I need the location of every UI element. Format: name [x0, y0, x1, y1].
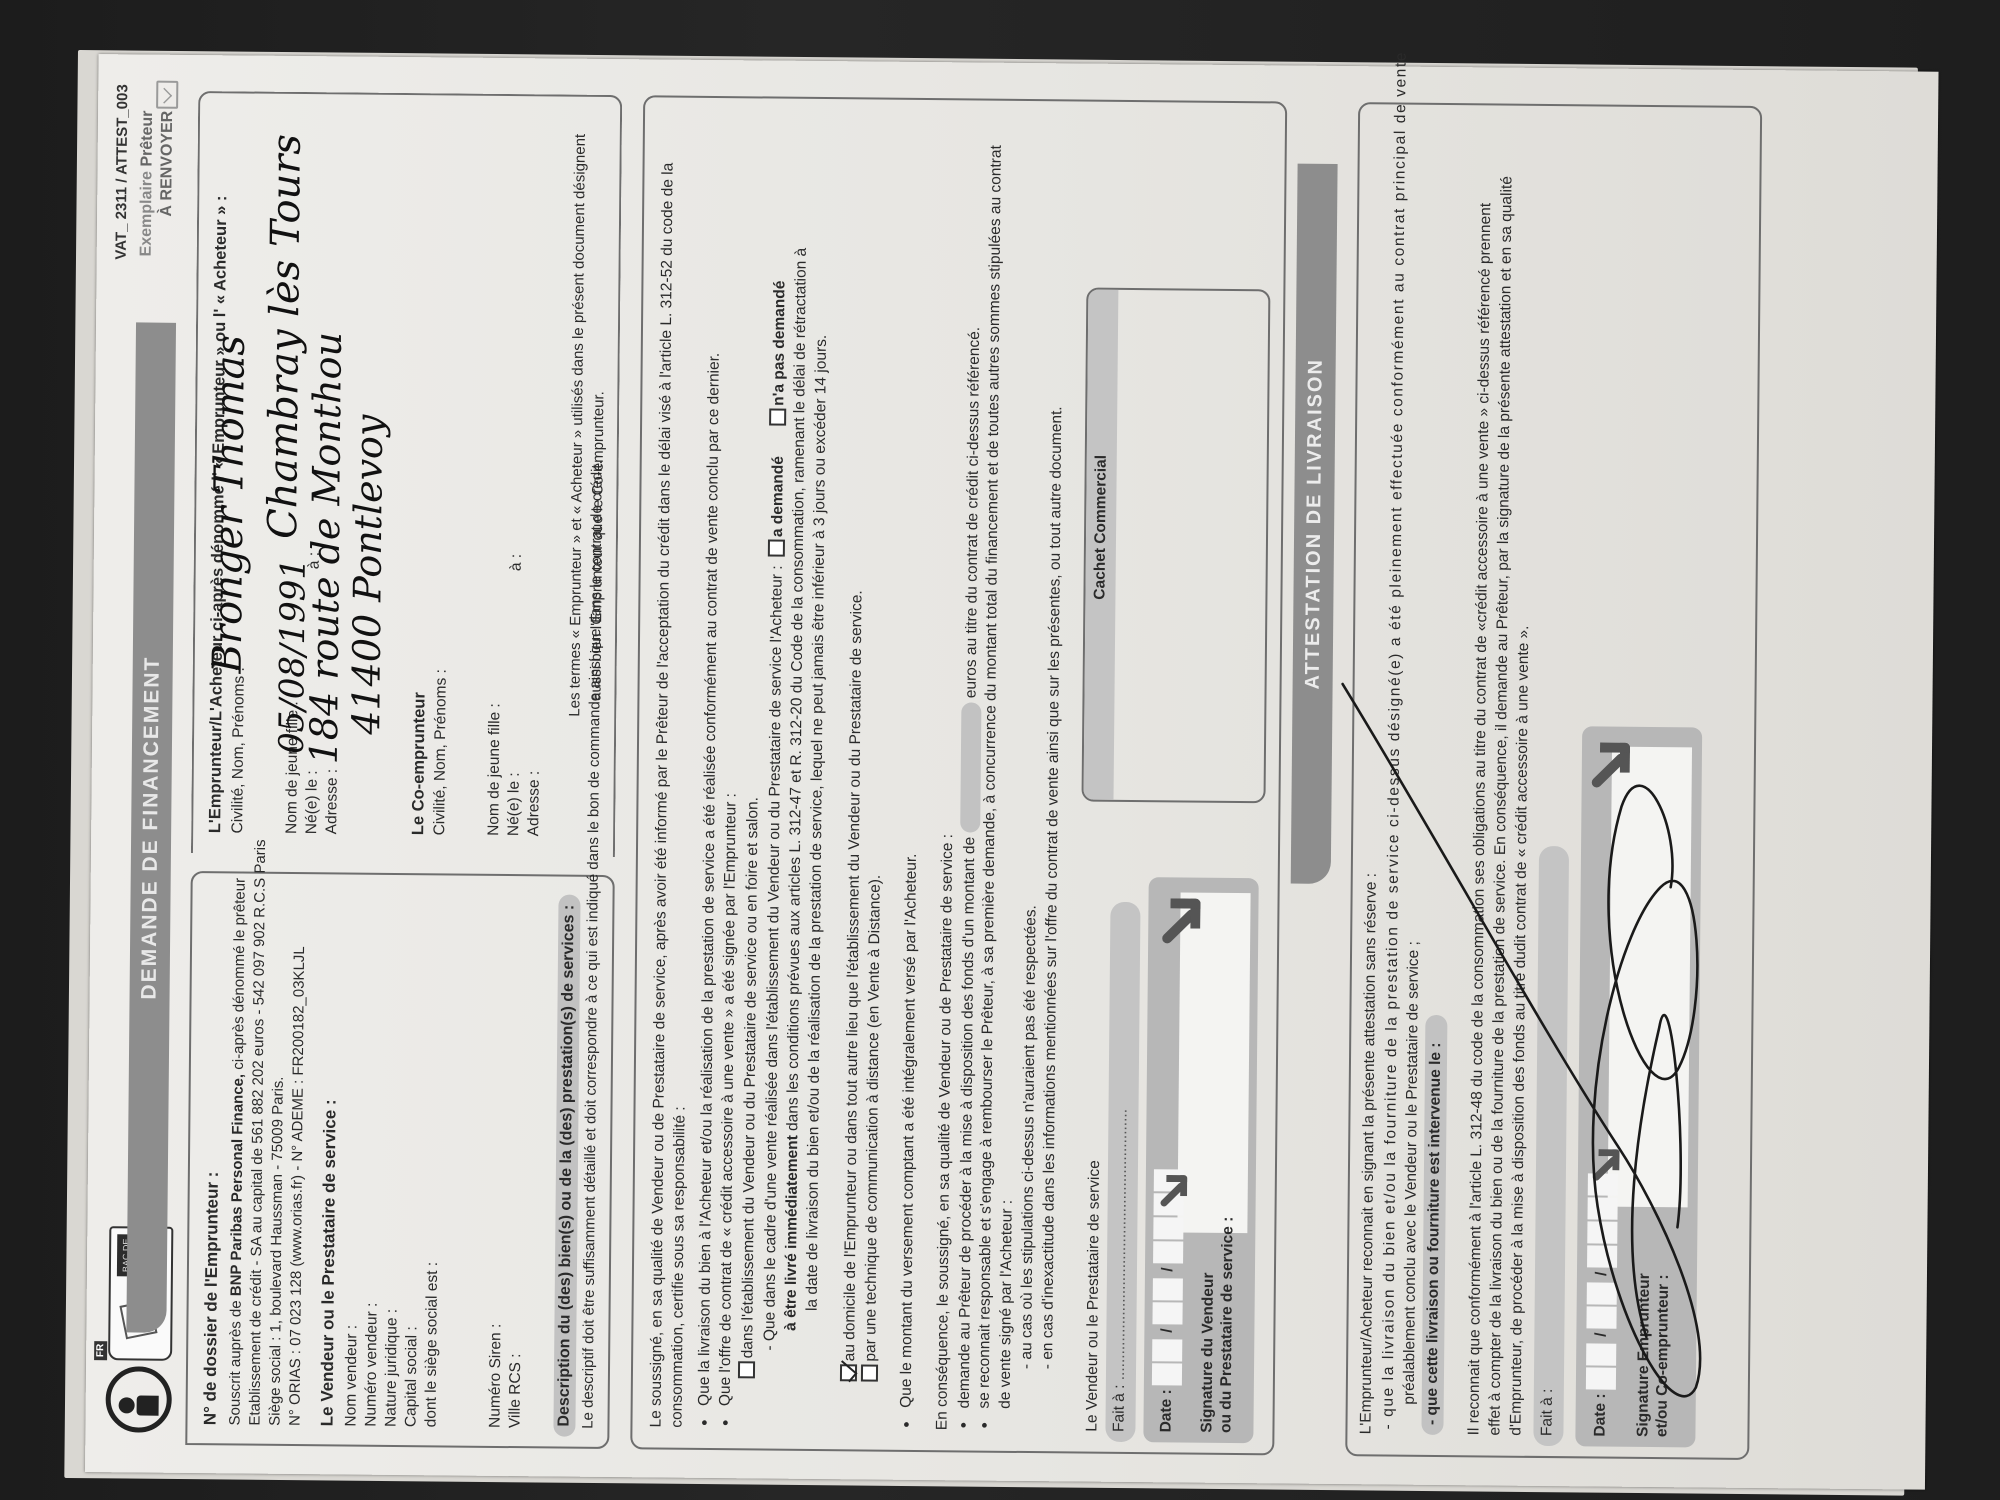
head-office-field[interactable]: dont le siège social est : — [421, 1262, 443, 1428]
vendor-sign-title: Le Vendeur ou le Prestataire de service — [1083, 1160, 1104, 1432]
arrow-down-right-icon — [1156, 898, 1200, 942]
page-title: DEMANDE DE FINANCEMENT — [126, 322, 176, 1332]
vendor-signature-field[interactable] — [1177, 892, 1250, 1233]
financing-request-form: FR BAC DE TRI VAT_ 2311 / ATTEST_003 DEM… — [85, 54, 1939, 1490]
amount-field[interactable] — [960, 702, 981, 832]
rcs-city-field[interactable]: Ville RCS : — [505, 1324, 526, 1428]
legal-nature-field[interactable]: Nature juridique : — [381, 1261, 403, 1427]
vendor-heading: Le Vendeur ou le Prestataire de service … — [317, 1099, 340, 1426]
distance-checkbox[interactable] — [861, 1364, 878, 1381]
arrow-down-right-icon — [1156, 1175, 1187, 1206]
establishment-checkbox[interactable] — [738, 1361, 755, 1378]
stamp-box: Cachet Commercial — [1081, 288, 1270, 804]
copy-label: Exemplaire Prêteur À RENVOYER — [137, 110, 178, 256]
vendor-date-field[interactable]: Date : / / — [1151, 1167, 1184, 1433]
lender-info: Souscrit auprès de BNP Paribas Personal … — [225, 839, 311, 1426]
vendor-number-field[interactable]: Numéro vendeur : — [361, 1261, 383, 1427]
dossier-number-label: N° de dossier de l'Emprunteur : — [200, 1172, 222, 1426]
document-reference: VAT_ 2311 / ATTEST_003 — [113, 84, 132, 260]
a-demande-checkbox[interactable] — [768, 540, 785, 557]
siren-field[interactable]: Numéro Siren : — [485, 1324, 506, 1428]
borrower-box — [191, 91, 622, 857]
handwritten-signature — [1315, 644, 1743, 1448]
home-checkbox-checked[interactable] — [840, 1364, 857, 1381]
stamp-label: Cachet Commercial — [1091, 455, 1110, 600]
vendor-name-field[interactable]: Nom vendeur : — [341, 1261, 363, 1427]
capital-field[interactable]: Capital social : — [401, 1262, 423, 1428]
vendor-place-field[interactable]: Fait à : ...............................… — [1110, 1109, 1131, 1432]
vendor-fields: Nom vendeur : Numéro vendeur : Nature ju… — [341, 1261, 443, 1427]
envelope-icon — [156, 81, 178, 109]
na-pas-demande-checkbox[interactable] — [769, 409, 786, 426]
recycling-person-icon — [105, 1366, 172, 1433]
vendor-signature-label: Signature du Vendeur ou du Prestataire d… — [1197, 1216, 1237, 1433]
